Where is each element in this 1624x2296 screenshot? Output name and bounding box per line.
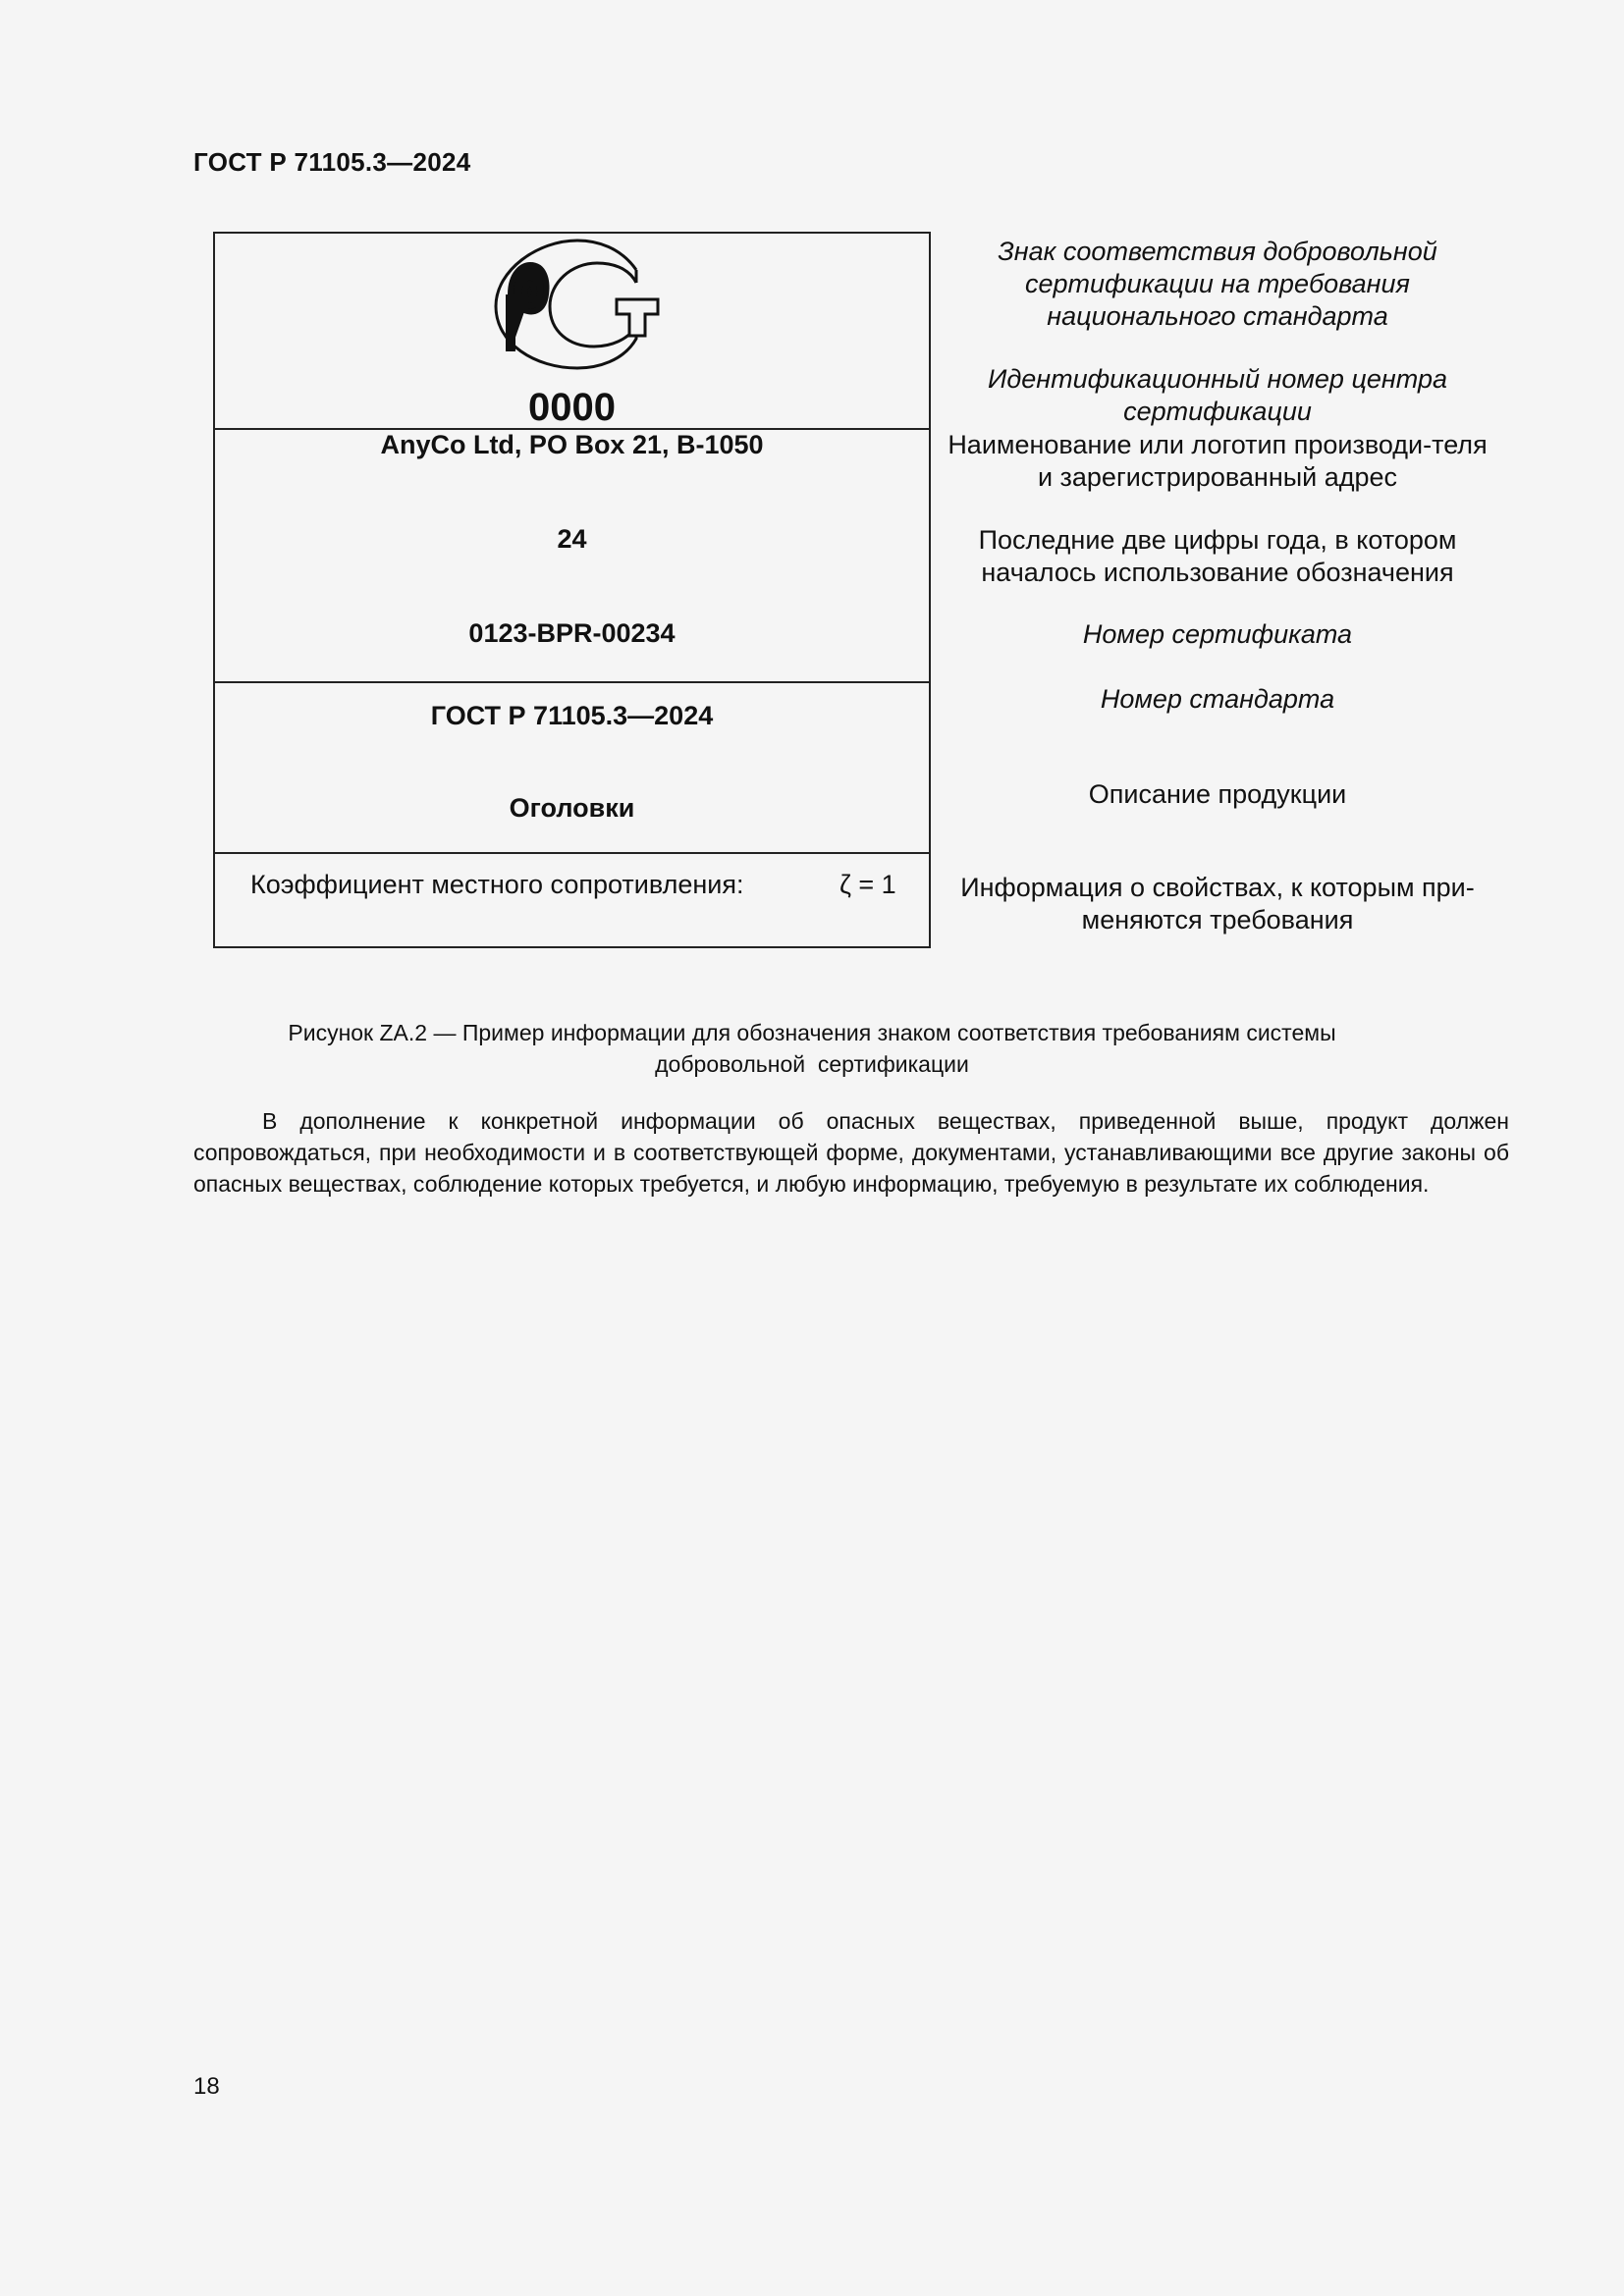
- page-number: 18: [193, 2073, 220, 2101]
- figure-caption: Рисунок ZA.2 — Пример информации для обо…: [193, 1017, 1431, 1080]
- annotation-center-id: Идентификационный номер центра сертифика…: [943, 363, 1492, 428]
- annotation-standard-number: Номер стандарта: [943, 683, 1492, 716]
- property-label: Коэффициент местного сопротивления:: [250, 870, 743, 900]
- standard-number: ГОСТ Р 71105.3—2024: [215, 701, 929, 731]
- year-digits: 24: [215, 524, 929, 555]
- caption-line-1: Рисунок ZA.2 — Пример информации для обо…: [193, 1017, 1431, 1048]
- certification-center-id: 0000: [215, 386, 929, 430]
- rst-conformity-mark-icon: [491, 236, 663, 373]
- divider: [213, 852, 931, 854]
- property-value: ζ = 1: [839, 870, 896, 900]
- body-paragraph: В дополнение к конкретной информации об …: [193, 1105, 1509, 1200]
- manufacturer-address: AnyCo Ltd, PO Box 21, B-1050: [215, 430, 929, 460]
- caption-line-2: добровольной сертификации: [193, 1048, 1431, 1080]
- annotation-manufacturer: Наименование или логотип производи-теля …: [943, 429, 1492, 494]
- annotation-conformity-mark: Знак соответствия добровольной сертифика…: [943, 236, 1492, 333]
- annotation-certificate-number: Номер сертификата: [943, 618, 1492, 651]
- annotation-properties: Информация о свойствах, к которым при-ме…: [943, 872, 1492, 936]
- certificate-number: 0123-BPR-00234: [215, 618, 929, 649]
- divider: [213, 681, 931, 683]
- annotation-year: Последние две цифры года, в котором нача…: [943, 524, 1492, 589]
- document-header: ГОСТ Р 71105.3—2024: [193, 147, 471, 178]
- product-description: Оголовки: [215, 793, 929, 824]
- annotation-product: Описание продукции: [943, 778, 1492, 811]
